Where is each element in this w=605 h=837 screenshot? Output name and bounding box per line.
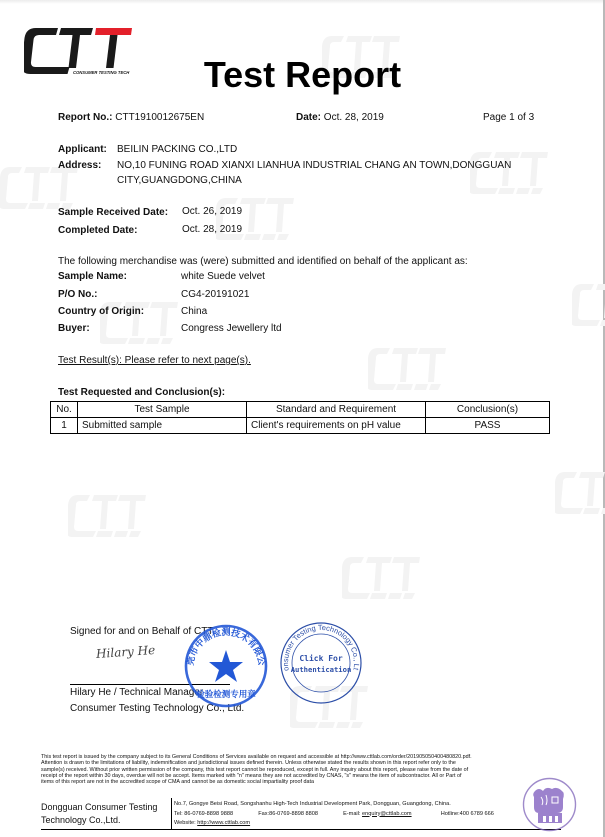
table-cell: PASS [426, 418, 550, 434]
origin-value: China [181, 306, 207, 317]
address-label: Address: [58, 160, 101, 171]
table-row: 1 Submitted sample Client's requirements… [51, 418, 550, 434]
footer-email-link[interactable]: enquiry@cttlab.com [362, 811, 412, 817]
company-seal-stamp: 东莞市中鼎检测技术有限公司 检验检测专用章 [183, 620, 269, 712]
page-title: Test Report [0, 54, 605, 96]
page-top-shade [0, 0, 603, 4]
completed-date-value: Oct. 28, 2019 [182, 224, 242, 235]
address-line2: CITY,GUANGDONG,CHINA [117, 175, 242, 186]
address-line1: NO,10 FUNING ROAD XIANXI LIANHUA INDUSTR… [117, 160, 511, 171]
svg-text:Click For: Click For [299, 653, 343, 663]
conclusion-table: No. Test Sample Standard and Requirement… [50, 401, 550, 434]
footer-divider [171, 798, 172, 829]
test-result-note: Test Result(s): Please refer to next pag… [58, 355, 251, 366]
ctt-watermark-icon [470, 150, 548, 196]
applicant-value: BEILIN PACKING CO.,LTD [117, 144, 237, 155]
purple-seal-icon [522, 777, 577, 832]
column-header: No. [51, 402, 78, 418]
po-label: P/O No.: [58, 289, 97, 300]
column-header: Conclusion(s) [426, 402, 550, 418]
page-indicator: Page 1 of 3 [483, 112, 534, 123]
column-header: Test Sample [78, 402, 247, 418]
column-header: Standard and Requirement [247, 402, 426, 418]
footer-rule [41, 829, 561, 830]
report-date: Date: Oct. 28, 2019 [296, 112, 384, 123]
buyer-value: Congress Jewellery ltd [181, 323, 282, 334]
po-value: CG4-20191021 [181, 289, 249, 300]
received-date-value: Oct. 26, 2019 [182, 206, 242, 217]
conclusion-heading: Test Requested and Conclusion(s): [58, 387, 225, 398]
ctt-watermark-icon [216, 196, 294, 242]
ctt-watermark-icon [555, 470, 605, 516]
svg-text:Authentication: Authentication [291, 665, 352, 674]
footer-contact: No.7, Gongye Beisi Road, Songshanhu High… [174, 800, 494, 829]
table-cell: Submitted sample [78, 418, 247, 434]
received-date-label: Sample Received Date: [58, 207, 168, 218]
footer-hotline: Hotline:400 6789 666 [441, 811, 494, 817]
table-cell: 1 [51, 418, 78, 434]
sample-name-value: white Suede velvet [181, 271, 265, 282]
completed-date-label: Completed Date: [58, 225, 137, 236]
footer-fax: Fax:86-0769-8898 8808 [258, 811, 318, 817]
report-number: Report No.: CTT1910012675EN [58, 112, 204, 123]
footer-tel: Tel: 86-0769-8898 9888 [174, 811, 233, 817]
ctt-watermark-icon [368, 346, 446, 392]
applicant-label: Applicant: [58, 144, 107, 155]
legal-disclaimer: This test report is issued by the compan… [41, 754, 561, 785]
buyer-label: Buyer: [58, 323, 90, 334]
origin-label: Country of Origin: [58, 306, 144, 317]
ctt-watermark-icon [572, 282, 605, 328]
sample-name-label: Sample Name: [58, 271, 127, 282]
table-cell: Client's requirements on pH value [247, 418, 426, 434]
ctt-watermark-icon [0, 165, 78, 211]
merchandise-intro: The following merchandise was (were) sub… [58, 256, 468, 267]
ctt-watermark-icon [68, 493, 146, 539]
footer-website-link[interactable]: http://www.cttlab.com [197, 820, 250, 826]
table-header-row: No. Test Sample Standard and Requirement… [51, 402, 550, 418]
footer-company-name: Dongguan Consumer Testing Technology Co.… [41, 801, 157, 827]
authentication-stamp-button[interactable]: Consumer Testing Technology Co., Ltd. Cl… [279, 621, 363, 705]
svg-text:检验检测专用章: 检验检测专用章 [196, 689, 256, 700]
ctt-watermark-icon [342, 555, 420, 601]
footer-address: No.7, Gongye Beisi Road, Songshanhu High… [174, 800, 494, 810]
